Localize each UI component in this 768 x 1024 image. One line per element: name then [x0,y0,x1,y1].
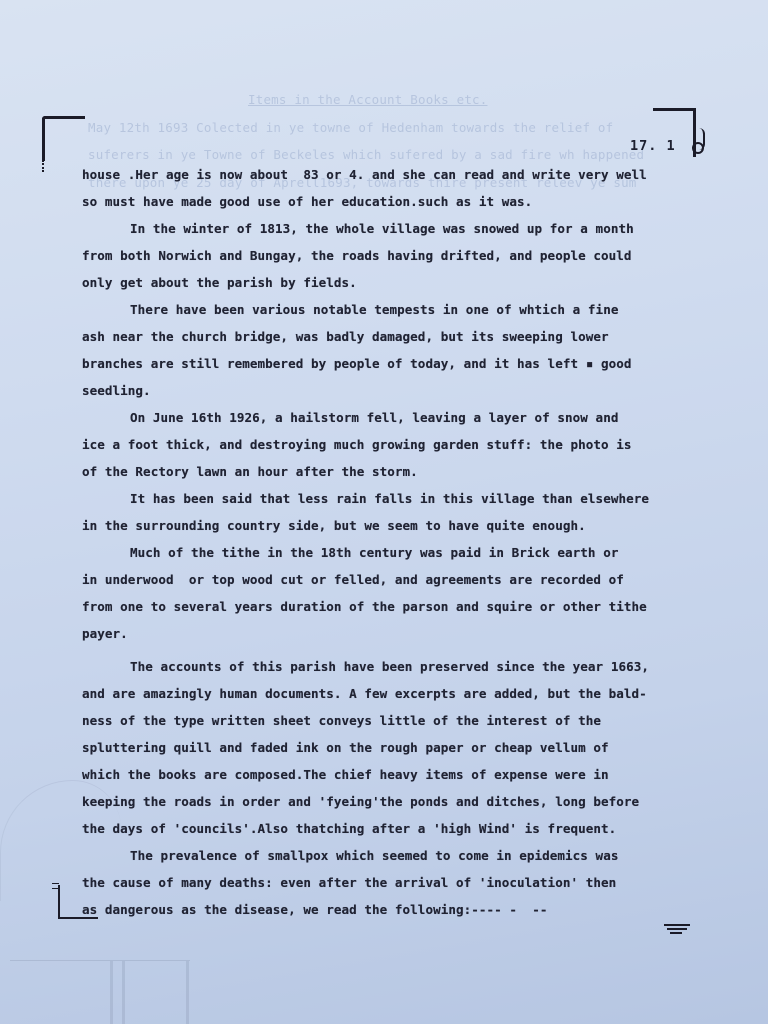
text-line: The prevalence of smallpox which seemed … [82,842,682,869]
text-line: as dangerous as the disease, we read the… [82,896,682,923]
text-line: There have been various notable tempests… [82,296,682,323]
text-line: which the books are composed.The chief h… [82,761,682,788]
text-line: only get about the parish by fields. [82,269,682,296]
paragraph: There have been various notable tempests… [82,296,682,404]
text-line: the cause of many deaths: even after the… [82,869,682,896]
text-line: ness of the type written sheet conveys l… [82,707,682,734]
bleed-through-title: Items in the Account Books etc. [248,92,488,107]
text-line: the days of 'councils'.Also thatching af… [82,815,682,842]
page-number: 17. 1 [630,138,676,154]
text-line: from both Norwich and Bungay, the roads … [82,242,682,269]
paragraph: The prevalence of smallpox which seemed … [82,842,682,923]
crop-mark-dots-icon [42,160,48,172]
paragraph: Much of the tithe in the 18th century wa… [82,539,682,647]
typewritten-page: Items in the Account Books etc. May 12th… [0,0,768,1024]
text-line: of the Rectory lawn an hour after the st… [82,458,682,485]
crop-mark-top-left-icon [42,116,85,161]
paragraph: house .Her age is now about 83 or 4. and… [82,161,682,215]
paragraph: On June 16th 1926, a hailstorm fell, lea… [82,404,682,485]
text-line: Much of the tithe in the 18th century wa… [82,539,682,566]
text-line: branches are still remembered by people … [82,350,682,377]
pencil-sketch-fence [10,960,190,1024]
circle-mark-icon [692,142,704,154]
text-line: In the winter of 1813, the whole village… [82,215,682,242]
paragraph: The accounts of this parish have been pr… [82,653,682,842]
paragraph: In the winter of 1813, the whole village… [82,215,682,296]
paragraph: It has been said that less rain falls in… [82,485,682,539]
text-line: payer. [82,620,682,647]
crop-mark-bottom-right-icon [664,924,690,938]
text-line: and are amazingly human documents. A few… [82,680,682,707]
text-line: spluttering quill and faded ink on the r… [82,734,682,761]
text-line: in underwood or top wood cut or felled, … [82,566,682,593]
text-line: The accounts of this parish have been pr… [82,653,682,680]
text-line: so must have made good use of her educat… [82,188,682,215]
text-line: On June 16th 1926, a hailstorm fell, lea… [82,404,682,431]
document-body: house .Her age is now about 83 or 4. and… [82,161,682,923]
bleed-through-line: May 12th 1693 Colected in ye towne of He… [88,114,728,142]
text-line: in the surrounding country side, but we … [82,512,682,539]
text-line: ash near the church bridge, was badly da… [82,323,682,350]
text-line: from one to several years duration of th… [82,593,682,620]
text-line: keeping the roads in order and 'fyeing't… [82,788,682,815]
text-line: seedling. [82,377,682,404]
text-line: house .Her age is now about 83 or 4. and… [82,161,682,188]
text-line: It has been said that less rain falls in… [82,485,682,512]
text-line: ice a foot thick, and destroying much gr… [82,431,682,458]
